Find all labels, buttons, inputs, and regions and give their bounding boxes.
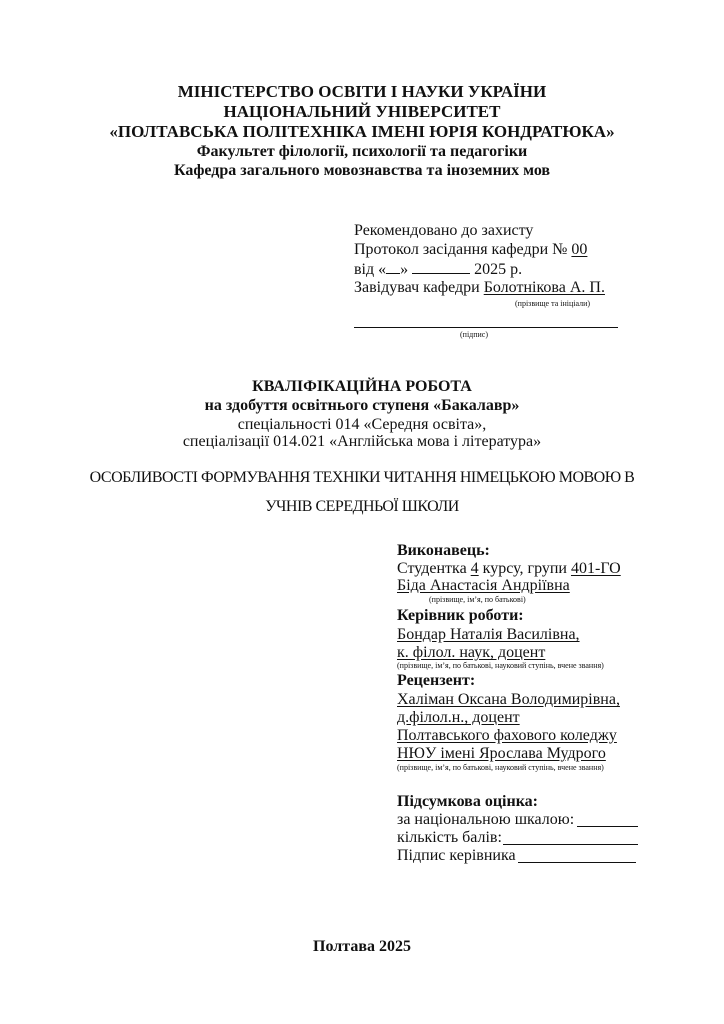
supervisor-name: Бондар Наталія Василівна,: [397, 625, 580, 644]
work-degree: на здобуття освітнього ступеня «Бакалавр…: [0, 396, 724, 415]
work-specialization: спеціалізації 014.021 «Англійська мова і…: [0, 432, 724, 451]
student-prefix: Студентка: [397, 560, 467, 577]
department-name: Кафедра загального мовознавства та інозе…: [0, 161, 724, 180]
head-label: Завідувач кафедри: [354, 279, 480, 296]
grade-signature-label: Підпис керівника: [397, 846, 516, 865]
grade-points-blank[interactable]: [503, 844, 638, 845]
head-line: Завідувач кафедри Болотнікова А. П.: [354, 278, 605, 297]
reviewer-hint: (прізвище, ім’я, по батькові, науковий с…: [397, 763, 604, 773]
university-heading: НАЦІОНАЛЬНИЙ УНІВЕРСИТЕТ: [0, 102, 724, 121]
reviewer-org-line1: Полтавського фахового коледжу: [397, 726, 617, 745]
grade-signature-blank[interactable]: [518, 862, 636, 863]
month-blank: [412, 259, 470, 274]
faculty-name: Факультет філології, психології та педаг…: [0, 142, 724, 161]
protocol-label: Протокол засідання кафедри №: [354, 241, 567, 258]
course-number: 4: [471, 560, 479, 577]
supervisor-degree: к. філол. наук, доцент: [397, 643, 545, 662]
day-blank: [386, 259, 400, 274]
head-name: Болотнікова А. П.: [484, 279, 605, 296]
supervisor-hint: (прізвище, ім’я, по батькові, науковий с…: [397, 661, 604, 671]
reviewer-org-line2: НЮУ імені Ярослава Мудрого: [397, 744, 606, 763]
reviewer-degree: д.філол.н., доцент: [397, 708, 520, 727]
course-mid: курсу, групи: [483, 560, 567, 577]
work-title-line2: УЧНІВ СЕРЕДНЬОЇ ШКОЛИ: [0, 497, 724, 516]
group-number: 401-ГО: [571, 560, 621, 577]
date-year: 2025 р.: [474, 261, 522, 278]
signature-hint: (підпис): [460, 330, 488, 340]
recommended-text: Рекомендовано до захисту: [354, 221, 533, 240]
date-line: від «» 2025 р.: [354, 259, 522, 279]
performer-label: Виконавець:: [397, 541, 490, 560]
date-mid: »: [400, 261, 408, 278]
grade-national-label: за національною шкалою:: [397, 810, 574, 829]
reviewer-name: Халіман Оксана Володимирівна,: [397, 690, 620, 709]
city-year: Полтава 2025: [0, 937, 724, 956]
university-name: «ПОЛТАВСЬКА ПОЛІТЕХНІКА ІМЕНІ ЮРІЯ КОНДР…: [0, 122, 724, 141]
performer-name-hint: (прізвище, ім’я, по батькові): [429, 595, 526, 605]
grade-national-blank[interactable]: [577, 826, 638, 827]
supervisor-label: Керівник роботи:: [397, 606, 524, 625]
work-title-line1: ОСОБЛИВОСТІ ФОРМУВАННЯ ТЕХНІКИ ЧИТАННЯ Н…: [0, 468, 724, 487]
head-hint: (прізвище та ініціали): [515, 299, 590, 309]
grade-points-label: кількість балів:: [397, 828, 502, 847]
reviewer-label: Рецензент:: [397, 671, 475, 690]
signature-line: [354, 327, 618, 328]
ministry-heading: МІНІСТЕРСТВО ОСВІТИ І НАУКИ УКРАЇНИ: [0, 82, 724, 101]
protocol-line: Протокол засідання кафедри № 00: [354, 240, 587, 259]
grade-label: Підсумкова оцінка:: [397, 792, 538, 811]
performer-name: Біда Анастасія Андріївна: [397, 576, 570, 595]
work-type: КВАЛІФІКАЦІЙНА РОБОТА: [0, 377, 724, 396]
protocol-number: 00: [571, 241, 587, 258]
date-prefix: від «: [354, 261, 386, 278]
